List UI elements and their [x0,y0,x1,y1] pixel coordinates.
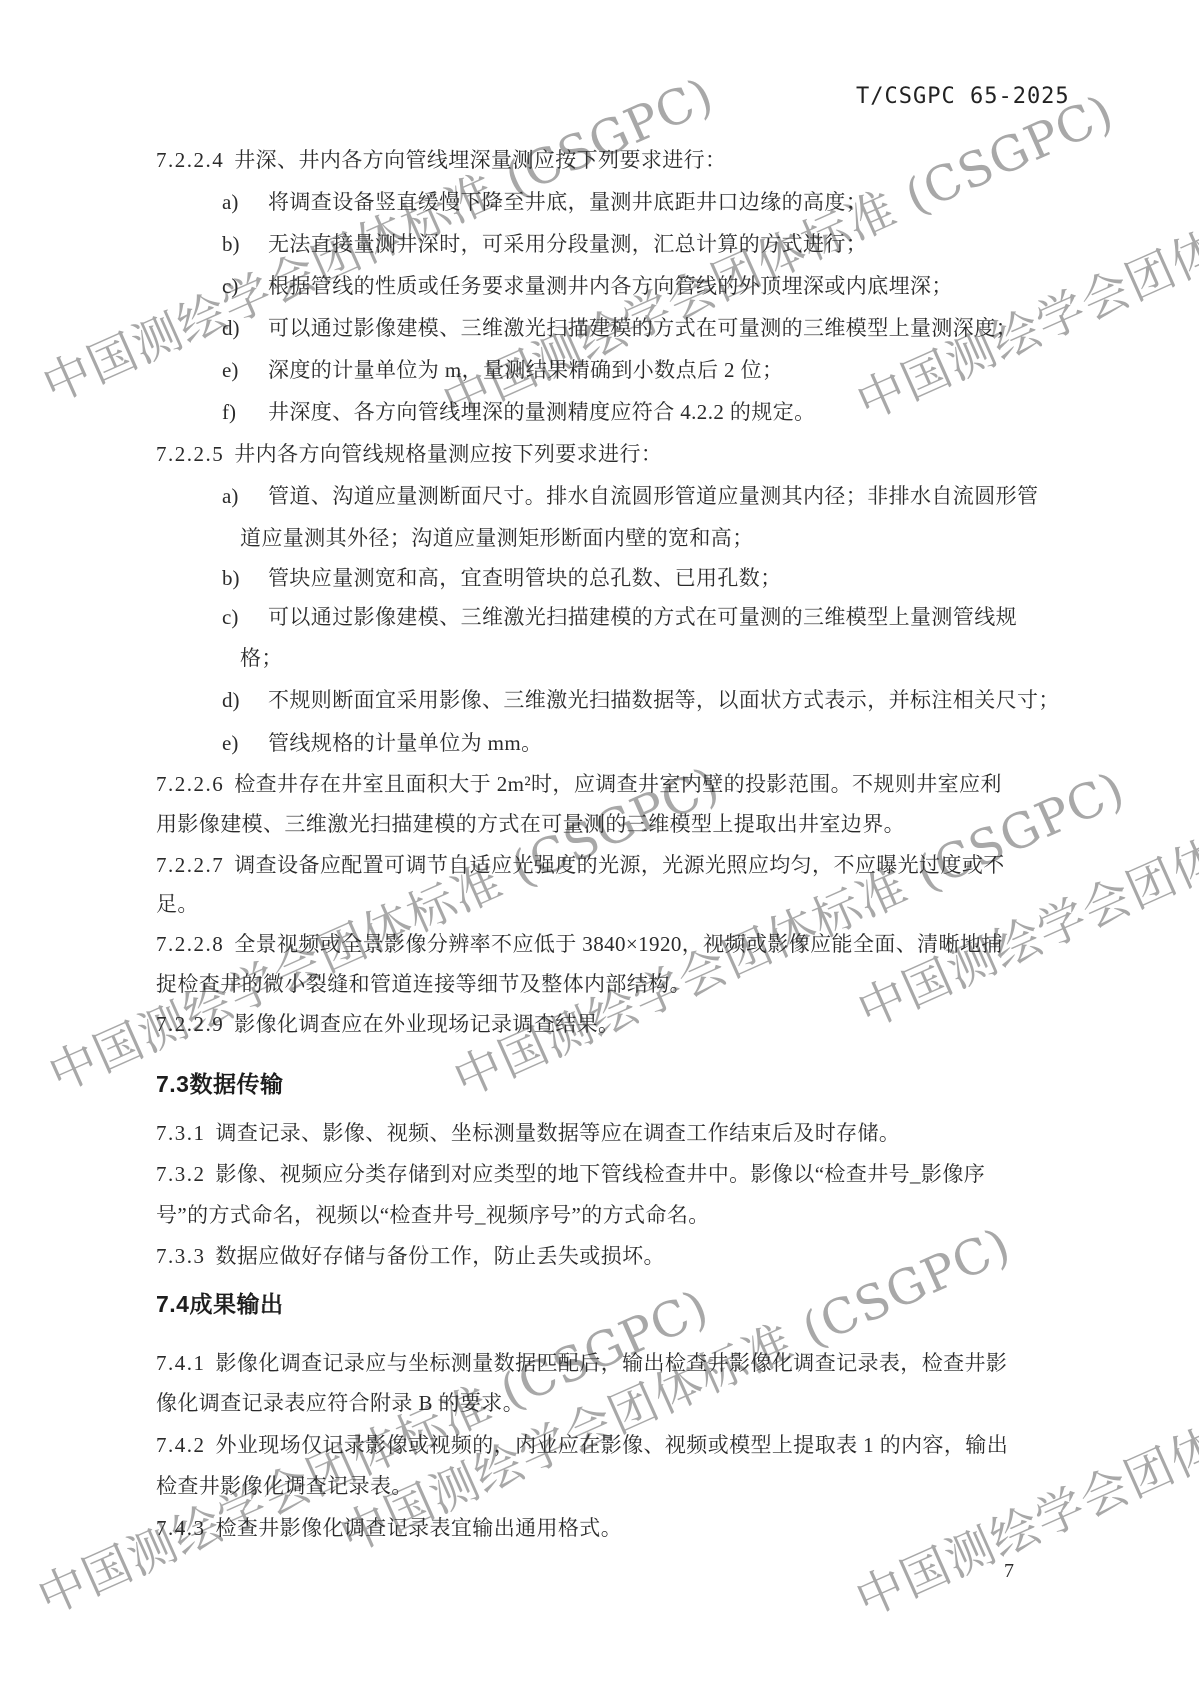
section-heading-7.4: 7.4成果输出 [156,1291,283,1317]
clause-number: 7.4.2 [156,1433,206,1457]
clause-7.2.2.7: 7.2.2.7调查设备应配置可调节自适应光强度的光源，光源光照应均匀，不应曝光过… [156,853,1005,877]
list-item-c: c)可以通过影像建模、三维激光扫描建模的方式在可量测的三维模型上量测管线规 [222,605,1017,629]
clause-text: 数据应做好存储与备份工作，防止丢失或损坏。 [216,1244,665,1268]
list-item-label: f) [222,400,268,424]
clause-text: 捉检查井的微小裂缝和管道连接等细节及整体内部结构。 [156,972,691,996]
clause-number: 7.2.2.4 [156,148,224,172]
clause-continuation: 足。 [156,892,199,916]
clause-text: 检查井影像化调查记录表。 [156,1474,413,1498]
clause-7.2.2.9: 7.2.2.9影像化调查应在外业现场记录调查结果。 [156,1012,619,1036]
list-item-c: c)根据管线的性质或任务要求量测井内各方向管线的外顶埋深或内底埋深； [222,274,953,298]
clause-7.2.2.4: 7.2.2.4井深、井内各方向管线埋深量测应按下列要求进行： [156,148,726,172]
list-item-e: e)管线规格的计量单位为 mm。 [222,731,543,755]
list-item-text: 将调查设备竖直缓慢下降至井底，量测井底距井口边缘的高度； [268,190,867,214]
clause-number: 7.3.2 [156,1162,206,1186]
clause-continuation: 号”的方式命名，视频以“检查井号_视频序号”的方式命名。 [156,1203,710,1227]
clause-number: 7.2.2.5 [156,442,224,466]
list-item-a: a)将调查设备竖直缓慢下降至井底，量测井底距井口边缘的高度； [222,190,867,214]
clause-number: 7.3.1 [156,1121,206,1145]
list-item-continuation: 道应量测其外径；沟道应量测矩形断面内壁的宽和高； [240,526,754,550]
clause-text: 影像、视频应分类存储到对应类型的地下管线检查井中。影像以“检查井号_影像序 [216,1162,986,1186]
list-item-text: 管道、沟道应量测断面尺寸。排水自流圆形管道应量测其内径；非排水自流圆形管 [268,484,1038,508]
clause-7.3.2: 7.3.2影像、视频应分类存储到对应类型的地下管线检查井中。影像以“检查井号_影… [156,1162,985,1186]
list-item-text: 不规则断面宜采用影像、三维激光扫描数据等，以面状方式表示，并标注相关尺寸； [268,688,1060,712]
section-heading-7.3: 7.3数据传输 [156,1071,283,1097]
clause-continuation: 检查井影像化调查记录表。 [156,1474,413,1498]
clause-text: 检查井存在井室且面积大于 2m²时，应调查井室内壁的投影范围。不规则井室应利 [234,772,1002,796]
clause-continuation: 用影像建模、三维激光扫描建模的方式在可量测的三维模型上提取出井室边界。 [156,812,905,836]
list-item-text: 无法直接量测井深时，可采用分段量测，汇总计算的方式进行； [268,232,867,256]
clause-7.4.1: 7.4.1影像化调查记录应与坐标测量数据匹配后，输出检查井影像化调查记录表，检查… [156,1351,1007,1375]
clause-text: 检查井影像化调查记录表宜输出通用格式。 [216,1516,623,1540]
clause-continuation: 捉检查井的微小裂缝和管道连接等细节及整体内部结构。 [156,972,691,996]
clause-text: 井深、井内各方向管线埋深量测应按下列要求进行： [234,148,726,172]
list-item-text: 管块应量测宽和高，宜查明管块的总孔数、已用孔数； [268,566,782,590]
clause-text: 全景视频或全景影像分辨率不应低于 3840×1920，视频或影像应能全面、清晰地… [234,932,1003,956]
list-item-text: 管线规格的计量单位为 mm。 [268,731,543,755]
standard-number-header: T/CSGPC 65-2025 [856,84,1070,109]
page-number: 7 [1004,1560,1014,1583]
clause-number: 7.3.3 [156,1244,206,1268]
clause-number: 7.2.2.7 [156,853,224,877]
list-item-a: a)管道、沟道应量测断面尺寸。排水自流圆形管道应量测其内径；非排水自流圆形管 [222,484,1038,508]
list-item-label: b) [222,566,268,590]
list-item-continuation: 格； [240,646,283,670]
list-item-label: e) [222,358,268,382]
list-item-text: 可以通过影像建模、三维激光扫描建模的方式在可量测的三维模型上量测管线规 [268,605,1017,629]
list-item-label: d) [222,688,268,712]
clause-number: 7.2.2.6 [156,772,224,796]
clause-text: 外业现场仅记录影像或视频的，内业应在影像、视频或模型上提取表 1 的内容，输出 [216,1433,1009,1457]
list-item-text: 格； [240,646,283,670]
clause-7.4.3: 7.4.3检查井影像化调查记录表宜输出通用格式。 [156,1516,622,1540]
list-item-label: d) [222,316,268,340]
list-item-label: b) [222,232,268,256]
list-item-label: c) [222,274,268,298]
list-item-label: e) [222,731,268,755]
section-heading-text: 7.4成果输出 [156,1291,283,1317]
clause-number: 7.2.2.9 [156,1012,224,1036]
list-item-b: b)无法直接量测井深时，可采用分段量测，汇总计算的方式进行； [222,232,867,256]
clause-number: 7.2.2.8 [156,932,224,956]
document-page: 中国测绘学会团体标准 (CSGPC) 中国测绘学会团体标准 (CSGPC) 中国… [0,0,1199,1696]
clause-7.2.2.5: 7.2.2.5井内各方向管线规格量测应按下列要求进行： [156,442,662,466]
list-item-text: 井深度、各方向管线埋深的量测精度应符合 4.2.2 的规定。 [268,400,816,424]
clause-text: 影像化调查记录应与坐标测量数据匹配后，输出检查井影像化调查记录表，检查井影 [216,1351,1008,1375]
list-item-label: c) [222,605,268,629]
clause-7.4.2: 7.4.2外业现场仅记录影像或视频的，内业应在影像、视频或模型上提取表 1 的内… [156,1433,1008,1457]
list-item-text: 深度的计量单位为 m，量测结果精确到小数点后 2 位； [268,358,783,382]
clause-text: 井内各方向管线规格量测应按下列要求进行： [234,442,662,466]
clause-text: 足。 [156,892,199,916]
clause-7.2.2.8: 7.2.2.8全景视频或全景影像分辨率不应低于 3840×1920，视频或影像应… [156,932,1003,956]
list-item-f: f)井深度、各方向管线埋深的量测精度应符合 4.2.2 的规定。 [222,400,816,424]
clause-continuation: 像化调查记录表应符合附录 B 的要求。 [156,1391,524,1415]
clause-text: 调查记录、影像、视频、坐标测量数据等应在调查工作结束后及时存储。 [216,1121,901,1145]
clause-text: 影像化调查应在外业现场记录调查结果。 [234,1012,619,1036]
clause-number: 7.4.3 [156,1516,206,1540]
list-item-text: 根据管线的性质或任务要求量测井内各方向管线的外顶埋深或内底埋深； [268,274,953,298]
document-body: T/CSGPC 65-2025 7.2.2.4井深、井内各方向管线埋深量测应按下… [0,0,1199,1696]
clause-7.2.2.6: 7.2.2.6检查井存在井室且面积大于 2m²时，应调查井室内壁的投影范围。不规… [156,772,1002,796]
clause-number: 7.4.1 [156,1351,206,1375]
clause-7.3.1: 7.3.1调查记录、影像、视频、坐标测量数据等应在调查工作结束后及时存储。 [156,1121,900,1145]
clause-text: 调查设备应配置可调节自适应光强度的光源，光源光照应均匀，不应曝光过度或不 [234,853,1004,877]
clause-text: 号”的方式命名，视频以“检查井号_视频序号”的方式命名。 [156,1203,710,1227]
list-item-text: 道应量测其外径；沟道应量测矩形断面内壁的宽和高； [240,526,754,550]
list-item-e: e)深度的计量单位为 m，量测结果精确到小数点后 2 位； [222,358,783,382]
clause-text: 用影像建模、三维激光扫描建模的方式在可量测的三维模型上提取出井室边界。 [156,812,905,836]
list-item-label: a) [222,484,268,508]
section-heading-text: 7.3数据传输 [156,1071,283,1097]
list-item-d: d)不规则断面宜采用影像、三维激光扫描数据等，以面状方式表示，并标注相关尺寸； [222,688,1060,712]
list-item-text: 可以通过影像建模、三维激光扫描建模的方式在可量测的三维模型上量测深度； [268,316,1017,340]
list-item-label: a) [222,190,268,214]
clause-7.3.3: 7.3.3数据应做好存储与备份工作，防止丢失或损坏。 [156,1244,665,1268]
list-item-d: d)可以通过影像建模、三维激光扫描建模的方式在可量测的三维模型上量测深度； [222,316,1017,340]
clause-text: 像化调查记录表应符合附录 B 的要求。 [156,1391,524,1415]
list-item-b: b)管块应量测宽和高，宜查明管块的总孔数、已用孔数； [222,566,782,590]
